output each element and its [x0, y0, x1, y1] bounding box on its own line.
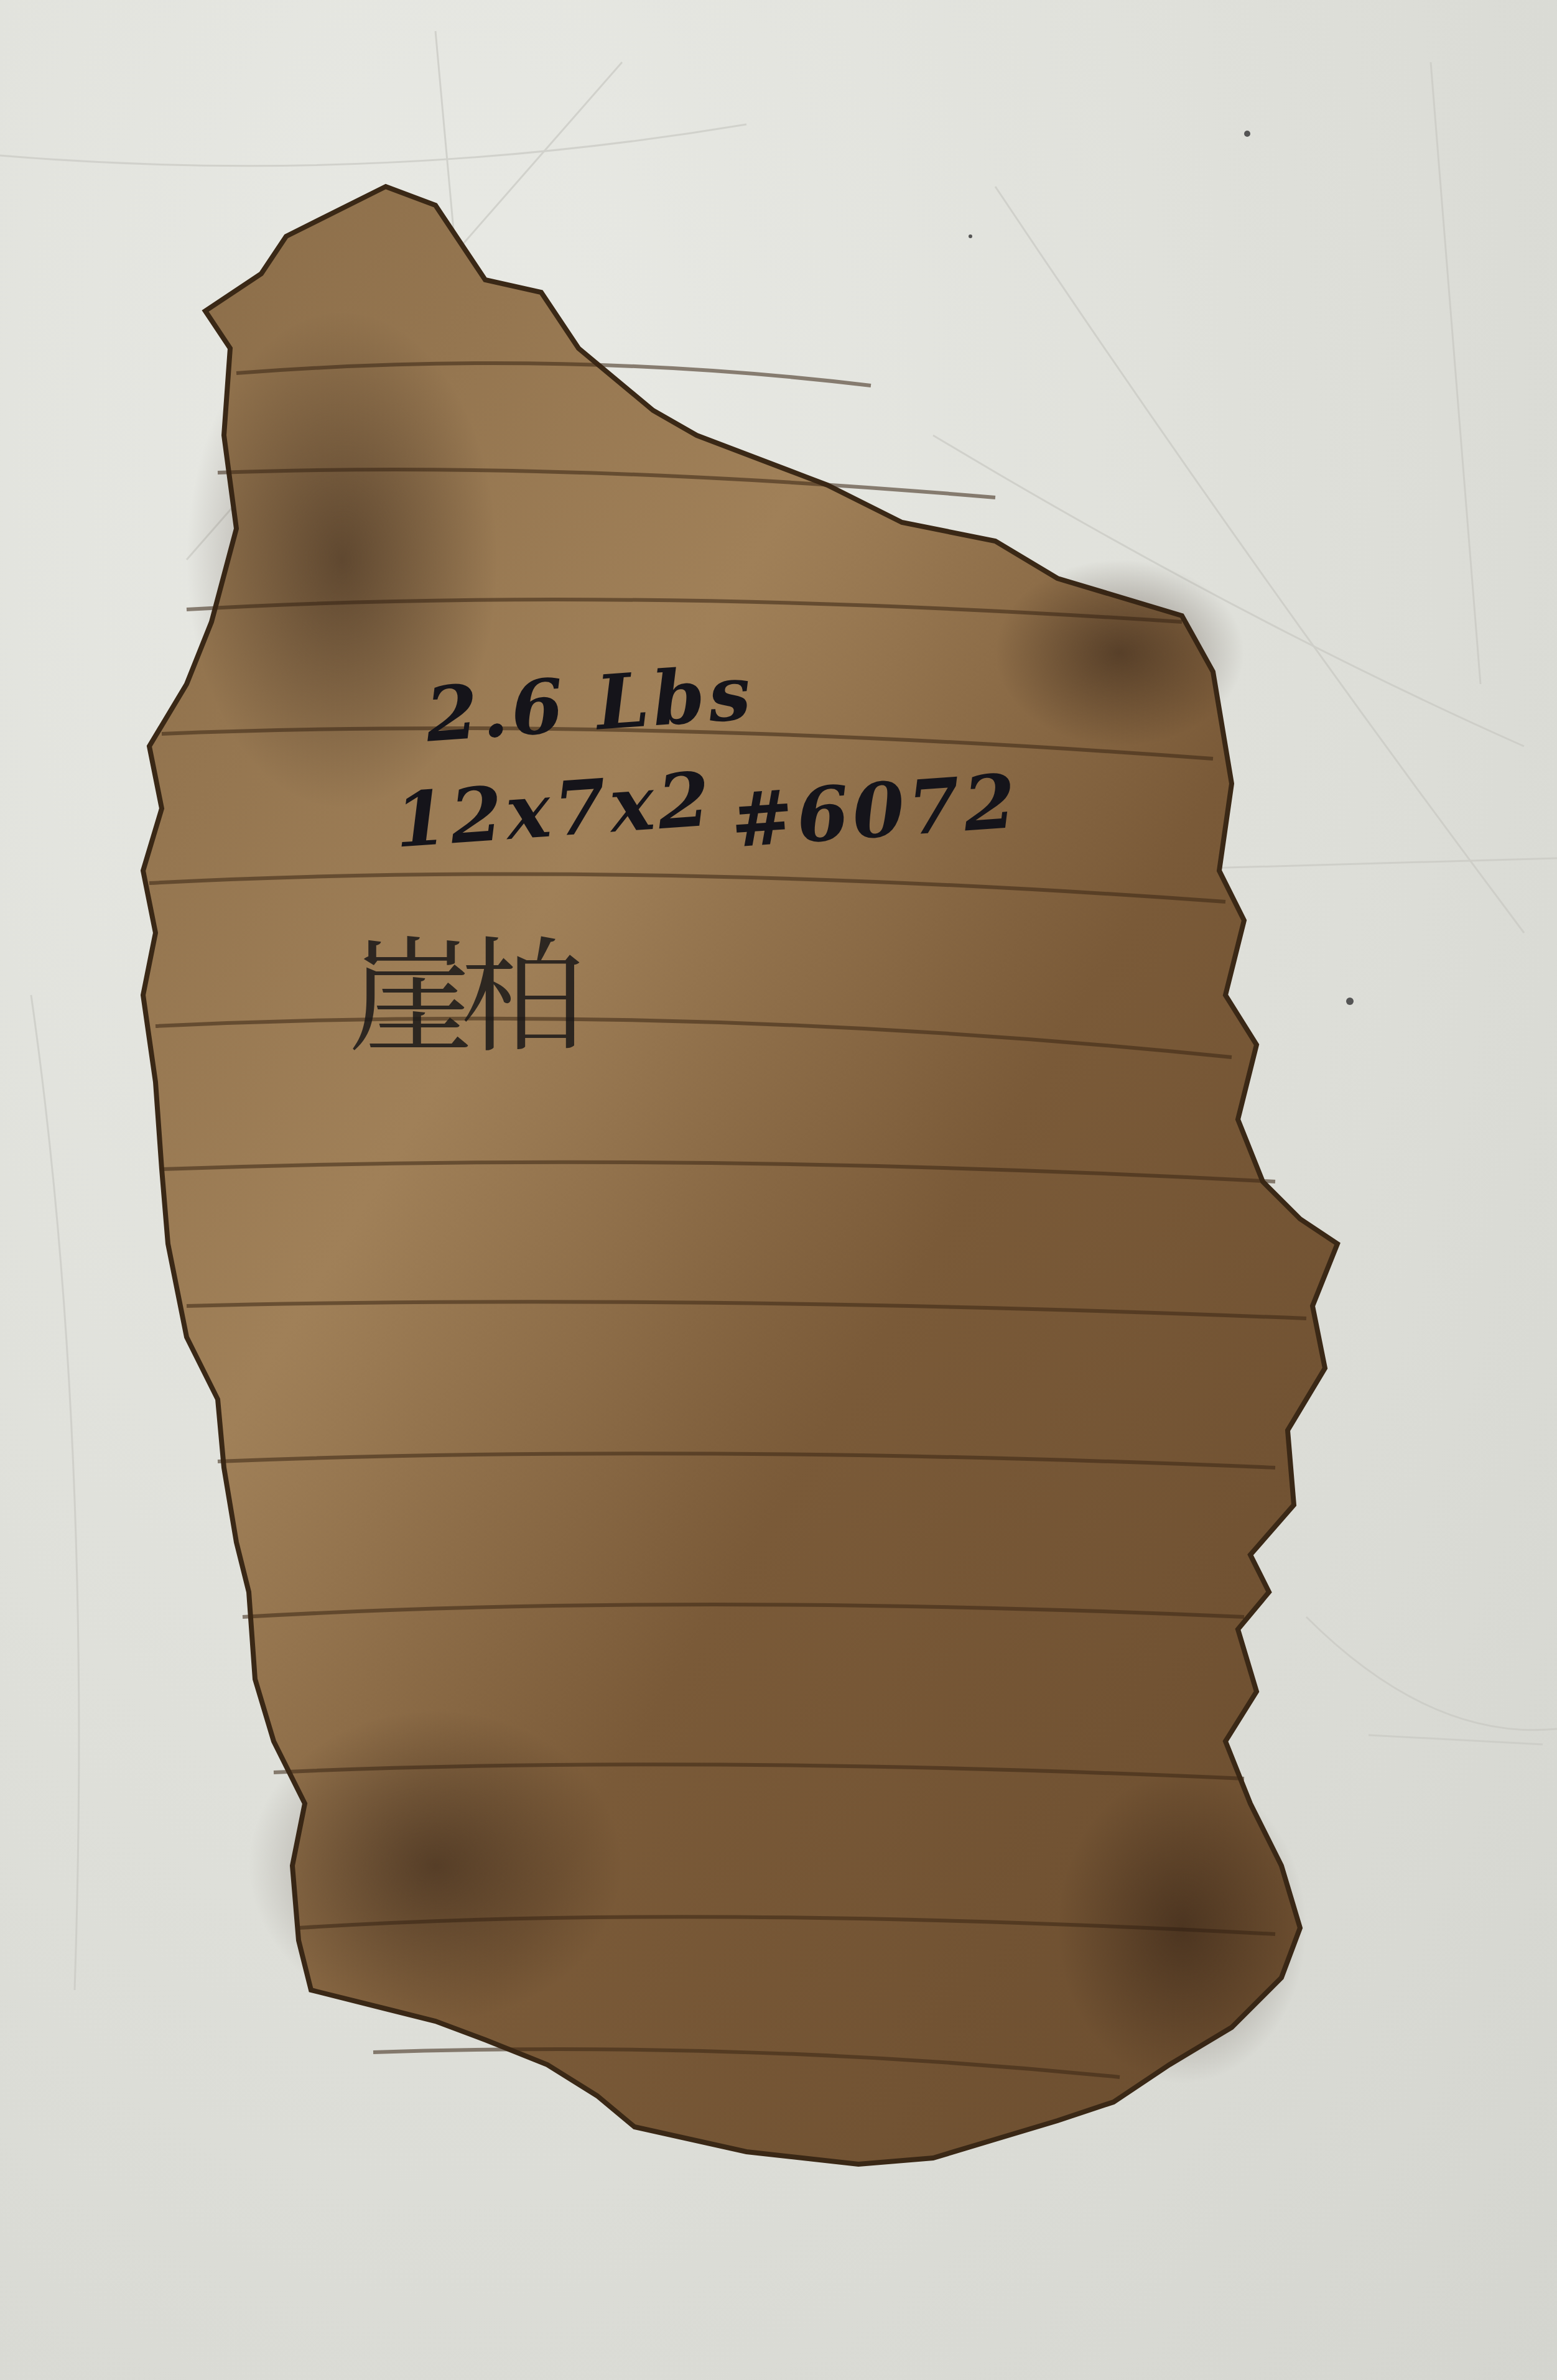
burl-wood-slab	[0, 0, 1557, 2380]
handwritten-characters: 崖柏	[348, 933, 659, 1194]
